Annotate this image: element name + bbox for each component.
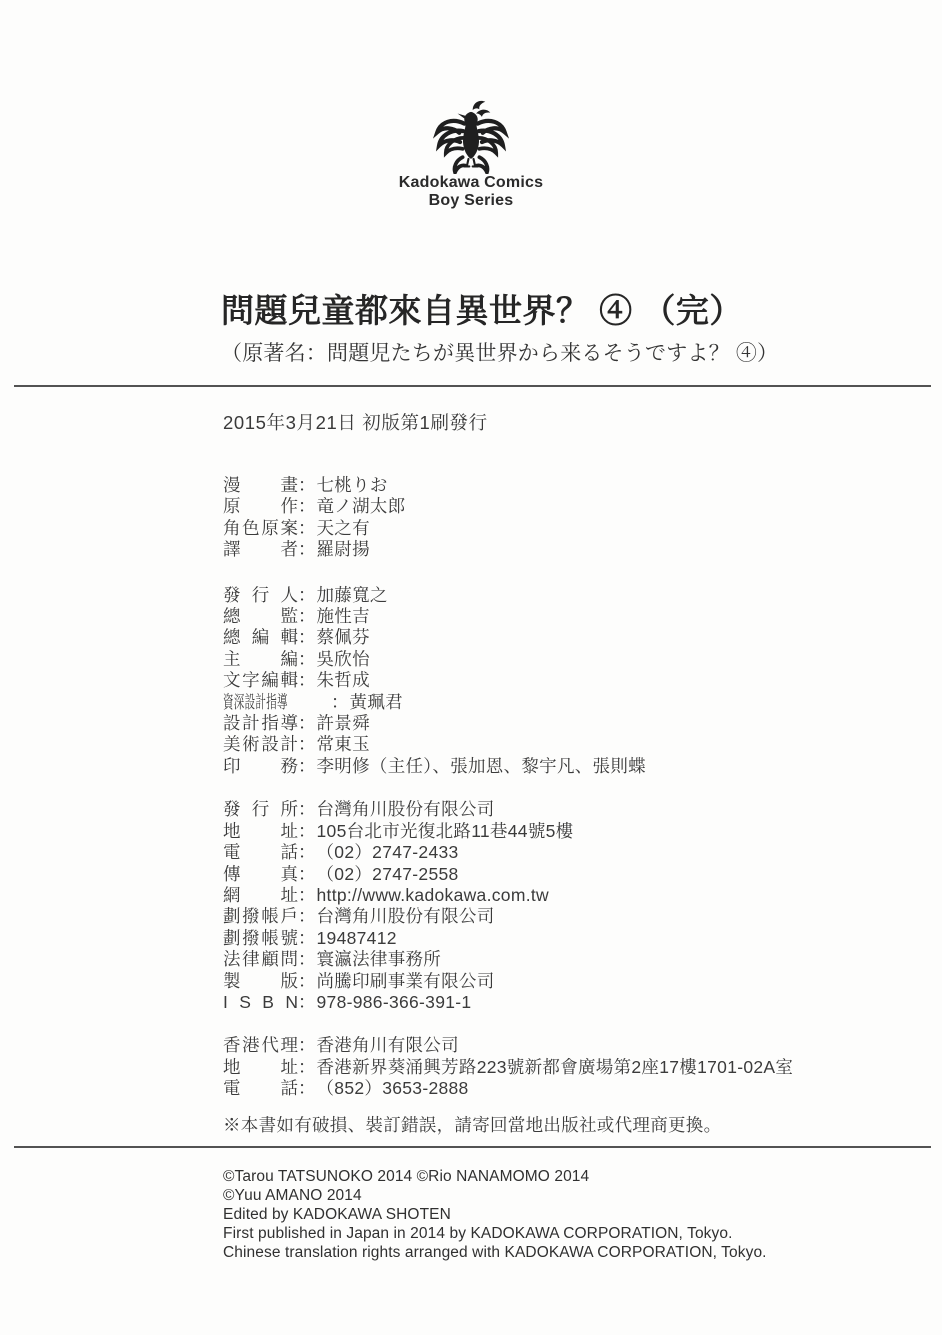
publisher-value: 台灣角川股份有限公司: [317, 799, 495, 820]
staff-value: 蔡佩芬: [317, 627, 370, 648]
staff-row: 美術設計：常東玉: [223, 734, 793, 755]
label-colon: ：: [298, 906, 316, 927]
hk-agent-label: 地址: [223, 1057, 298, 1078]
credit-label: 漫畫: [223, 475, 298, 496]
staff-label: 發行人: [223, 585, 298, 606]
publisher-value: 寰瀛法律事務所: [317, 949, 442, 970]
staff-row: 設計指導：許景舜: [223, 713, 793, 734]
staff-label: 主編: [223, 649, 298, 670]
publisher-value: （02）2747-2558: [317, 864, 459, 885]
staff-value: 朱哲成: [317, 670, 370, 691]
staff-label: 設計指導: [223, 713, 298, 734]
publisher-label: 劃撥帳戶: [223, 906, 298, 927]
credit-row: 角色原案：天之有: [223, 518, 793, 539]
staff-row: 印務：李明修（主任）、張加恩、黎宇凡、張則蝶: [223, 756, 793, 777]
label-colon: ：: [298, 821, 316, 842]
hk-agent-row: 香港代理：香港角川有限公司: [223, 1035, 793, 1056]
label-colon: ：: [298, 992, 316, 1013]
staff-label: 美術設計: [223, 734, 298, 755]
publisher-label: ISBN: [223, 992, 298, 1013]
label-colon: ：: [298, 585, 316, 606]
label-colon: ：: [298, 842, 316, 863]
credit-value: 七桃りお: [317, 475, 388, 496]
credit-label: 角色原案: [223, 518, 298, 539]
staff-value: 李明修（主任）、張加恩、黎宇凡、張則蝶: [317, 756, 646, 777]
publisher-value: http://www.kadokawa.com.tw: [317, 885, 549, 906]
original-title: （原著名：問題児たちが異世界から来るそうですよ？ ④）: [221, 337, 778, 367]
publisher-row: 製版：尚騰印刷事業有限公司: [223, 971, 793, 992]
publisher-label: 發行所: [223, 799, 298, 820]
publisher-row: 劃撥帳號：19487412: [223, 928, 793, 949]
hk-agent-value: （852）3653-2888: [317, 1078, 469, 1099]
label-colon: ：: [298, 971, 316, 992]
english-copyright-block: ©Tarou TATSUNOKO 2014 ©Rio NANAMOMO 2014…: [223, 1167, 767, 1262]
staff-label: 總監: [223, 606, 298, 627]
staff-value: 施性吉: [317, 606, 370, 627]
damage-replacement-note: ※本書如有破損、裝訂錯誤，請寄回當地出版社或代理商更換。: [223, 1115, 793, 1136]
staff-label: 文字編輯: [223, 670, 298, 691]
publisher-row: 發行所：台灣角川股份有限公司: [223, 799, 793, 820]
staff-value: 加藤寬之: [317, 585, 388, 606]
hk-agent-row: 電話：（852）3653-2888: [223, 1078, 793, 1099]
staff-row: 發行人：加藤寬之: [223, 585, 793, 606]
title-block: 問題兒童都來自異世界？ ④ （完） （原著名：問題児たちが異世界から来るそうです…: [221, 291, 778, 367]
publisher-row: 傳真：（02）2747-2558: [223, 864, 793, 885]
publisher-value: 978-986-366-391-1: [317, 992, 472, 1013]
staff-row: 主編：吳欣怡: [223, 649, 793, 670]
publisher-value: 尚騰印刷事業有限公司: [317, 971, 495, 992]
label-colon: ：: [298, 799, 316, 820]
label-colon: ：: [298, 734, 316, 755]
publisher-value: 19487412: [317, 928, 397, 949]
credit-value: 竜ノ湖太郎: [317, 496, 406, 517]
credit-label: 譯者: [223, 539, 298, 560]
hk-agent-label: 香港代理: [223, 1035, 298, 1056]
credit-label: 原作: [223, 496, 298, 517]
label-colon: ：: [298, 539, 316, 560]
label-colon: ：: [298, 885, 316, 906]
publication-info: 漫畫：七桃りお 原作：竜ノ湖太郎 角色原案：天之有 譯者：羅尉揚 發行人：加藤寬…: [223, 475, 793, 1136]
label-colon: ：: [298, 864, 316, 885]
copyright-line: Edited by KADOKAWA SHOTEN: [223, 1205, 767, 1224]
copyright-line: ©Tarou TATSUNOKO 2014 ©Rio NANAMOMO 2014: [223, 1167, 767, 1186]
publisher-label: 法律顧問: [223, 949, 298, 970]
staff-label: 總編輯: [223, 627, 298, 648]
staff-label: 印務: [223, 756, 298, 777]
divider-top: [14, 385, 931, 387]
hk-agent-value: 香港角川有限公司: [317, 1035, 459, 1056]
publisher-value: 105台北市光復北路11巷44號5樓: [317, 821, 574, 842]
publisher-label: 電話: [223, 842, 298, 863]
label-colon: ：: [298, 518, 316, 539]
label-colon: ：: [298, 649, 316, 670]
hk-agent-row: 地址：香港新界葵涌興芳路223號新都會廣場第2座17樓1701-02A室: [223, 1057, 793, 1078]
series-name-line1: Kadokawa Comics: [0, 174, 942, 192]
label-colon: ：: [298, 627, 316, 648]
label-colon: ：: [298, 949, 316, 970]
label-colon: ：: [298, 1057, 316, 1078]
series-name-line2: Boy Series: [0, 192, 942, 210]
staff-value: 黃珮君: [350, 692, 403, 713]
staff-value: 常東玉: [317, 734, 370, 755]
staff-row: 文字編輯：朱哲成: [223, 670, 793, 691]
hk-agent-block: 香港代理：香港角川有限公司 地址：香港新界葵涌興芳路223號新都會廣場第2座17…: [223, 1035, 793, 1099]
label-colon: ：: [298, 1078, 316, 1099]
publisher-label: 傳真: [223, 864, 298, 885]
colophon-page: Kadokawa Comics Boy Series 問題兒童都來自異世界？ ④…: [0, 0, 942, 1335]
publisher-value: （02）2747-2433: [317, 842, 459, 863]
publisher-row: 法律顧問：寰瀛法律事務所: [223, 949, 793, 970]
publisher-label: 地址: [223, 821, 298, 842]
publisher-row: 劃撥帳戶：台灣角川股份有限公司: [223, 906, 793, 927]
publisher-row: ISBN：978-986-366-391-1: [223, 992, 793, 1013]
hk-agent-value: 香港新界葵涌興芳路223號新都會廣場第2座17樓1701-02A室: [317, 1057, 794, 1078]
label-colon: ：: [298, 606, 316, 627]
hk-agent-label: 電話: [223, 1078, 298, 1099]
divider-bottom: [14, 1146, 931, 1148]
staff-row: 資深設計指導：黃珮君: [223, 692, 793, 713]
copyright-line: ©Yuu AMANO 2014: [223, 1186, 767, 1205]
label-colon: ：: [298, 713, 316, 734]
staff-value: 吳欣怡: [317, 649, 370, 670]
credit-value: 天之有: [317, 518, 370, 539]
label-colon: ：: [331, 692, 349, 713]
label-colon: ：: [298, 756, 316, 777]
publisher-label: 劃撥帳號: [223, 928, 298, 949]
staff-row: 總編輯：蔡佩芬: [223, 627, 793, 648]
kadokawa-phoenix-icon: [427, 90, 515, 174]
copyright-line: First published in Japan in 2014 by KADO…: [223, 1224, 767, 1243]
publisher-row: 電話：（02）2747-2433: [223, 842, 793, 863]
label-colon: ：: [298, 928, 316, 949]
credit-row: 譯者：羅尉揚: [223, 539, 793, 560]
publisher-row: 地址：105台北市光復北路11巷44號5樓: [223, 821, 793, 842]
edition-date: 2015年3月21日 初版第1刷發行: [223, 409, 488, 435]
label-colon: ：: [298, 496, 316, 517]
credit-value: 羅尉揚: [317, 539, 370, 560]
credit-row: 漫畫：七桃りお: [223, 475, 793, 496]
publisher-label: 網址: [223, 885, 298, 906]
credit-row: 原作：竜ノ湖太郎: [223, 496, 793, 517]
book-title: 問題兒童都來自異世界？ ④ （完）: [221, 291, 778, 331]
staff-row: 總監：施性吉: [223, 606, 793, 627]
publisher-logo-block: Kadokawa Comics Boy Series: [0, 90, 942, 210]
staff-value: 許景舜: [317, 713, 370, 734]
label-colon: ：: [298, 475, 316, 496]
label-colon: ：: [298, 1035, 316, 1056]
label-colon: ：: [298, 670, 316, 691]
staff-block: 發行人：加藤寬之 總監：施性吉 總編輯：蔡佩芬 主編：吳欣怡 文字編輯：朱哲成: [223, 585, 793, 778]
credits-block: 漫畫：七桃りお 原作：竜ノ湖太郎 角色原案：天之有 譯者：羅尉揚: [223, 475, 793, 561]
staff-label: 資深設計指導: [223, 692, 288, 713]
publisher-value: 台灣角川股份有限公司: [317, 906, 495, 927]
publisher-row: 網址：http://www.kadokawa.com.tw: [223, 885, 793, 906]
publisher-label: 製版: [223, 971, 298, 992]
publisher-block: 發行所：台灣角川股份有限公司 地址：105台北市光復北路11巷44號5樓 電話：…: [223, 799, 793, 1013]
copyright-line: Chinese translation rights arranged with…: [223, 1243, 767, 1262]
